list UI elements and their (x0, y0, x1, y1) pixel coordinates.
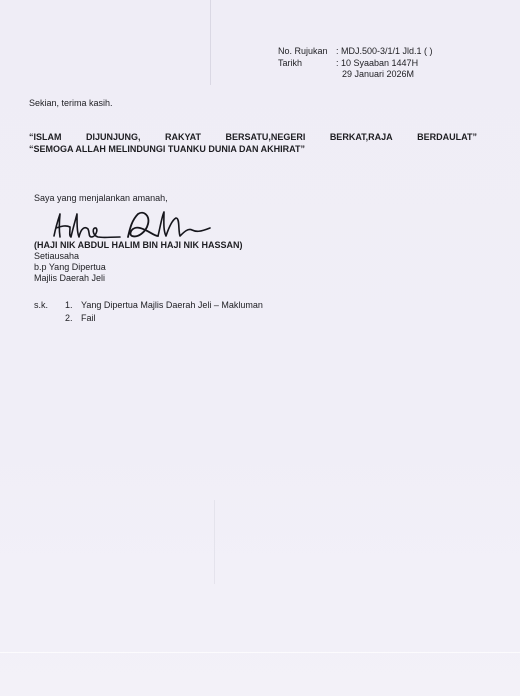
signatory-name: (HAJI NIK ABDUL HALIM BIN HAJI NIK HASSA… (34, 240, 243, 251)
paper-fold-line (214, 500, 215, 584)
motto-line-2: “SEMOGA ALLAH MELINDUNGI TUANKU DUNIA DA… (29, 144, 477, 156)
signatory-organization: Majlis Daerah Jeli (34, 273, 243, 284)
date-row: Tarikh : 10 Syaaban 1447H (278, 58, 433, 70)
reference-row: No. Rujukan : MDJ.500-3/1/1 Jld.1 ( ) (278, 46, 433, 58)
motto-word: BERKAT,RAJA (330, 132, 393, 144)
paper-fold-line (0, 652, 520, 653)
copy-item-text: Fail (81, 312, 96, 325)
closing-text: Sekian, terima kasih. (29, 98, 113, 108)
reference-label: No. Rujukan (278, 46, 336, 58)
date-row-masihi: 29 Januari 2026M (278, 69, 433, 81)
document-page: No. Rujukan : MDJ.500-3/1/1 Jld.1 ( ) Ta… (0, 0, 520, 696)
copy-list: s.k. 1. Yang Dipertua Majlis Daerah Jeli… (34, 299, 263, 325)
paper-fold-line (210, 0, 211, 85)
signature-image (50, 206, 220, 242)
copy-item-number: 1. (65, 299, 81, 312)
date-masihi: 29 Januari 2026M (336, 69, 414, 81)
reference-block: No. Rujukan : MDJ.500-3/1/1 Jld.1 ( ) Ta… (278, 46, 433, 81)
motto-word: BERDAULAT” (417, 132, 477, 144)
date-label: Tarikh (278, 58, 336, 70)
copy-list-label: s.k. (34, 299, 65, 312)
reference-value: : MDJ.500-3/1/1 Jld.1 ( ) (336, 46, 433, 58)
motto-block: “ISLAMDIJUNJUNG,RAKYATBERSATU,NEGERIBERK… (29, 132, 477, 155)
motto-line-1: “ISLAMDIJUNJUNG,RAKYATBERSATU,NEGERIBERK… (29, 132, 477, 144)
motto-word: RAKYAT (165, 132, 201, 144)
motto-word: BERSATU,NEGERI (225, 132, 305, 144)
signatory-block: (HAJI NIK ABDUL HALIM BIN HAJI NIK HASSA… (34, 240, 243, 284)
copy-list-item: 2. Fail (34, 312, 263, 325)
motto-word: DIJUNJUNG, (86, 132, 141, 144)
amanah-text: Saya yang menjalankan amanah, (34, 193, 168, 203)
signatory-on-behalf: b.p Yang Dipertua (34, 262, 243, 273)
copy-list-item: s.k. 1. Yang Dipertua Majlis Daerah Jeli… (34, 299, 263, 312)
copy-item-number: 2. (65, 312, 81, 325)
copy-item-text: Yang Dipertua Majlis Daerah Jeli – Maklu… (81, 299, 263, 312)
motto-word: “ISLAM (29, 132, 62, 144)
signatory-title: Setiausaha (34, 251, 243, 262)
date-hijri: : 10 Syaaban 1447H (336, 58, 418, 70)
